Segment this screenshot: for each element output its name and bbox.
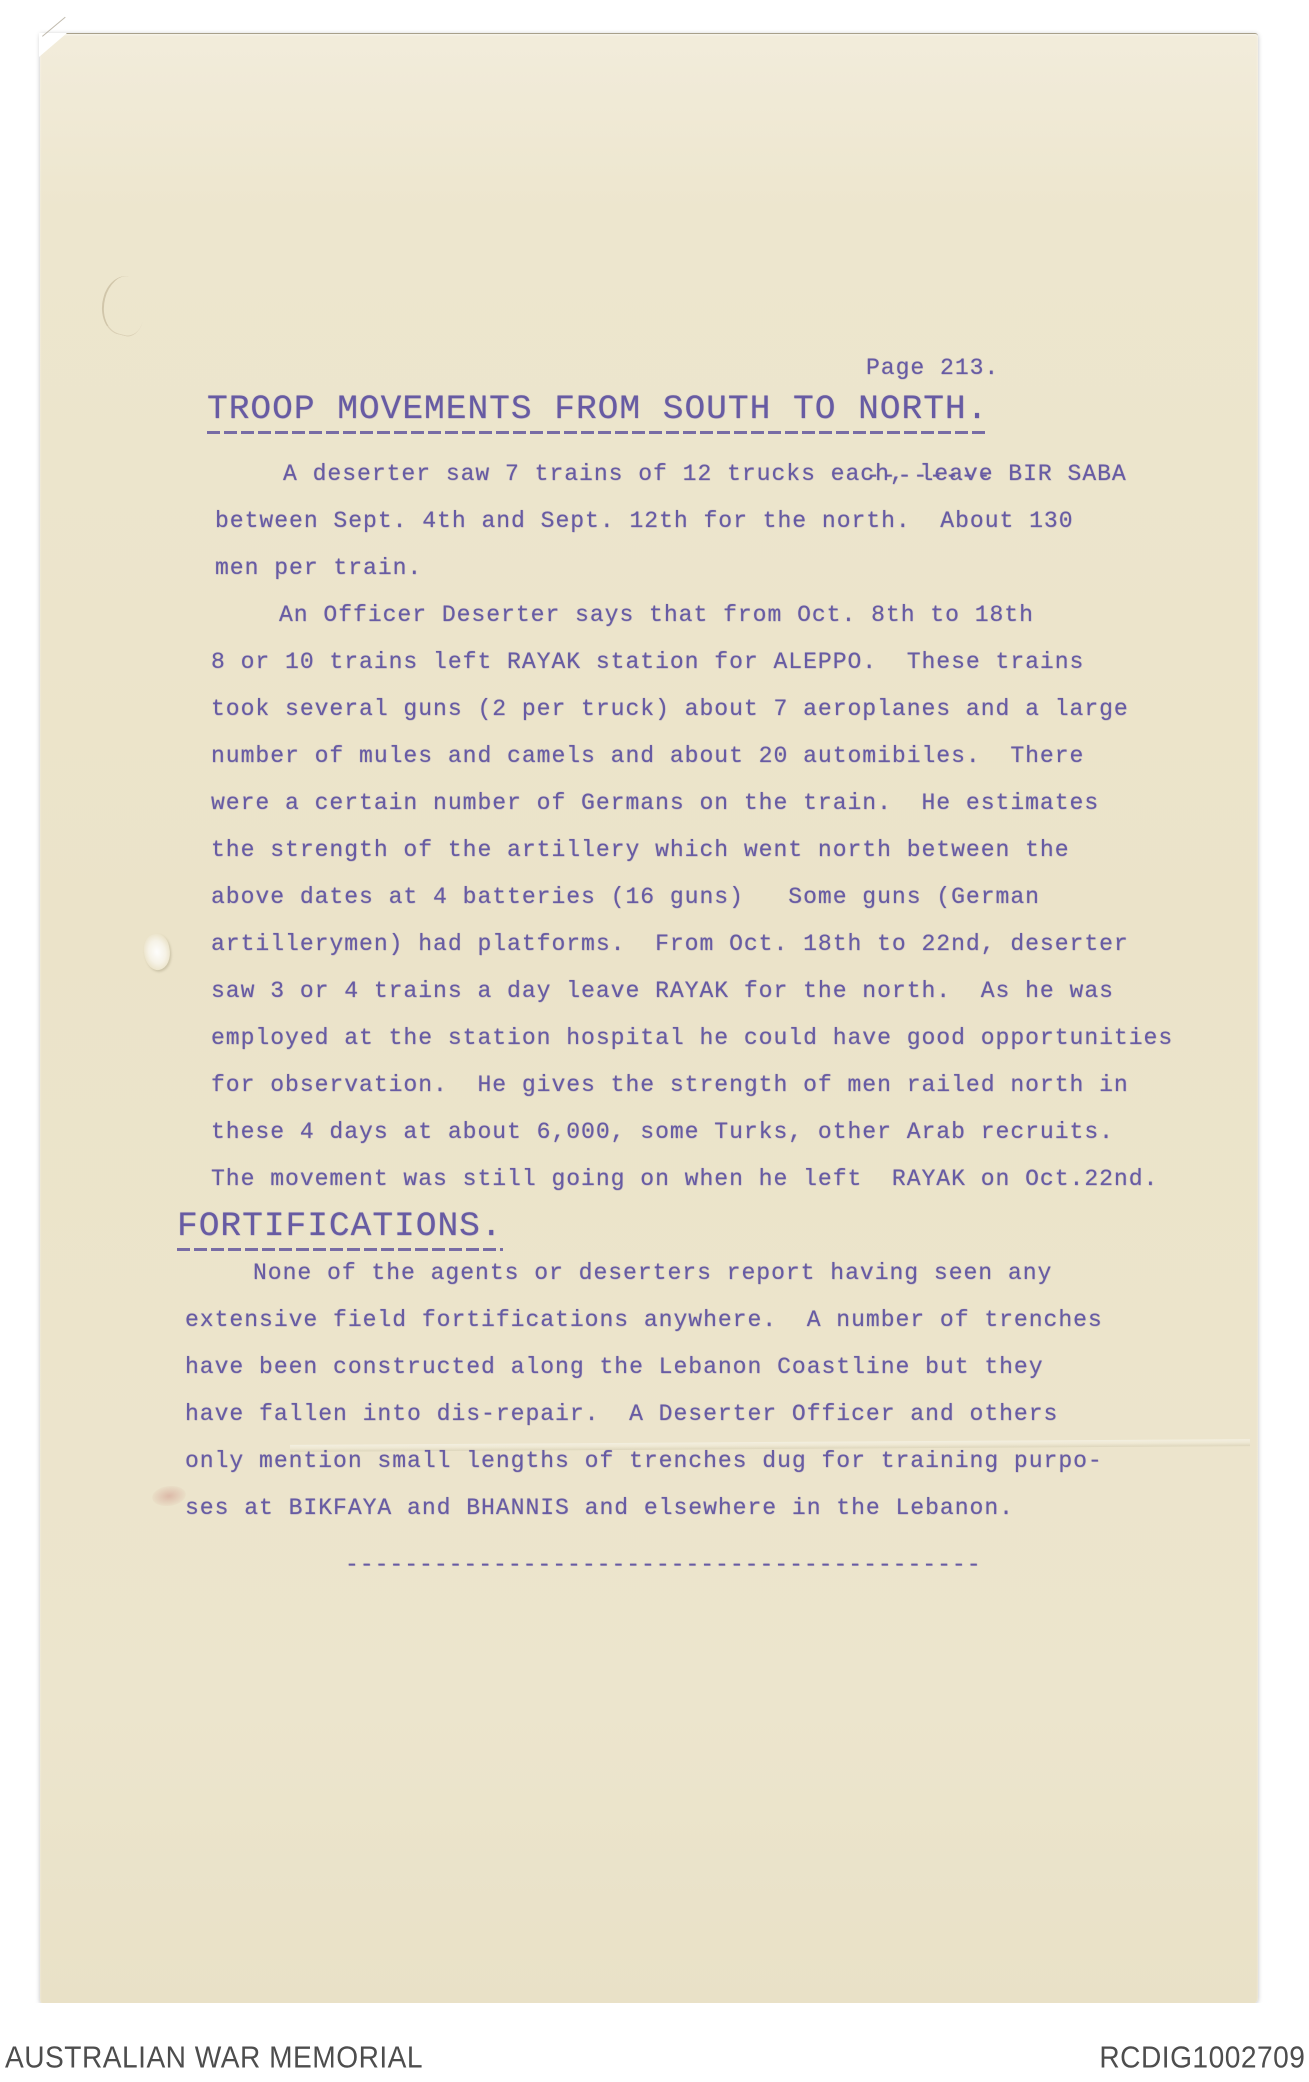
typed-line: ses at BIKFAYA and BHANNIS and elsewhere… [185, 1485, 1217, 1532]
page-number: Page 213. [866, 350, 999, 386]
paper-corner-crease [42, 17, 82, 57]
typed-line: for observation. He gives the strength o… [211, 1062, 1217, 1109]
typed-line: An Officer Deserter says that from Oct. … [211, 592, 1217, 639]
section-heading-troop-movements: TROOP MOVEMENTS FROM SOUTH TO NORTH. [207, 386, 1217, 433]
section-heading-fortifications: FORTIFICATIONS. [177, 1203, 1217, 1250]
typed-line: between Sept. 4th and Sept. 12th for the… [215, 498, 1217, 545]
typed-line: have fallen into dis-repair. A Deserter … [185, 1391, 1217, 1438]
paragraph: None of the agents or deserters report h… [177, 1250, 1217, 1532]
document-body: TROOP MOVEMENTS FROM SOUTH TO NORTH. A d… [207, 386, 1217, 1589]
typed-line: these 4 days at about 6,000, some Turks,… [211, 1109, 1217, 1156]
closing-divider-rule: ----------------------------------------… [345, 1542, 1217, 1589]
typed-line: A deserter saw 7 trains of 12 trucks eac… [215, 451, 1217, 498]
typed-line: have been constructed along the Lebanon … [185, 1344, 1217, 1391]
typed-line: were a certain number of Germans on the … [211, 780, 1217, 827]
section-fortifications: FORTIFICATIONS. None of the agents or de… [177, 1203, 1217, 1532]
institution-label: AUSTRALIAN WAR MEMORIAL [5, 2042, 423, 2076]
typed-line: None of the agents or deserters report h… [185, 1250, 1217, 1297]
record-id-label: RCDIG1002709 [1099, 2042, 1305, 2076]
typed-line: saw 3 or 4 trains a day leave RAYAK for … [211, 968, 1217, 1015]
typed-line: The movement was still going on when he … [211, 1156, 1217, 1203]
typed-line: the strength of the artillery which went… [211, 827, 1217, 874]
heading-text: TROOP MOVEMENTS FROM SOUTH TO NORTH. [207, 390, 988, 434]
paragraph: An Officer Deserter says that from Oct. … [203, 592, 1217, 1203]
typed-line: artillerymen) had platforms. From Oct. 1… [211, 921, 1217, 968]
paper-crease-mark [96, 272, 153, 340]
typed-line: employed at the station hospital he coul… [211, 1015, 1217, 1062]
typed-line: men per train. [215, 545, 1217, 592]
heading-text: FORTIFICATIONS. [177, 1207, 503, 1251]
scanned-document-page: Page 213. -------- TROOP MOVEMENTS FROM … [40, 33, 1258, 2004]
typed-line: above dates at 4 batteries (16 guns) Som… [211, 874, 1217, 921]
typed-line: took several guns (2 per truck) about 7 … [211, 686, 1217, 733]
paper-hole-mark [141, 932, 174, 973]
typed-line: 8 or 10 trains left RAYAK station for AL… [211, 639, 1217, 686]
typed-line: number of mules and camels and about 20 … [211, 733, 1217, 780]
catalogue-footer: AUSTRALIAN WAR MEMORIAL RCDIG1002709 [0, 2003, 1309, 2082]
typed-line: only mention small lengths of trenches d… [185, 1438, 1217, 1485]
typed-line: extensive field fortifications anywhere.… [185, 1297, 1217, 1344]
paragraph: A deserter saw 7 trains of 12 trucks eac… [207, 451, 1217, 592]
